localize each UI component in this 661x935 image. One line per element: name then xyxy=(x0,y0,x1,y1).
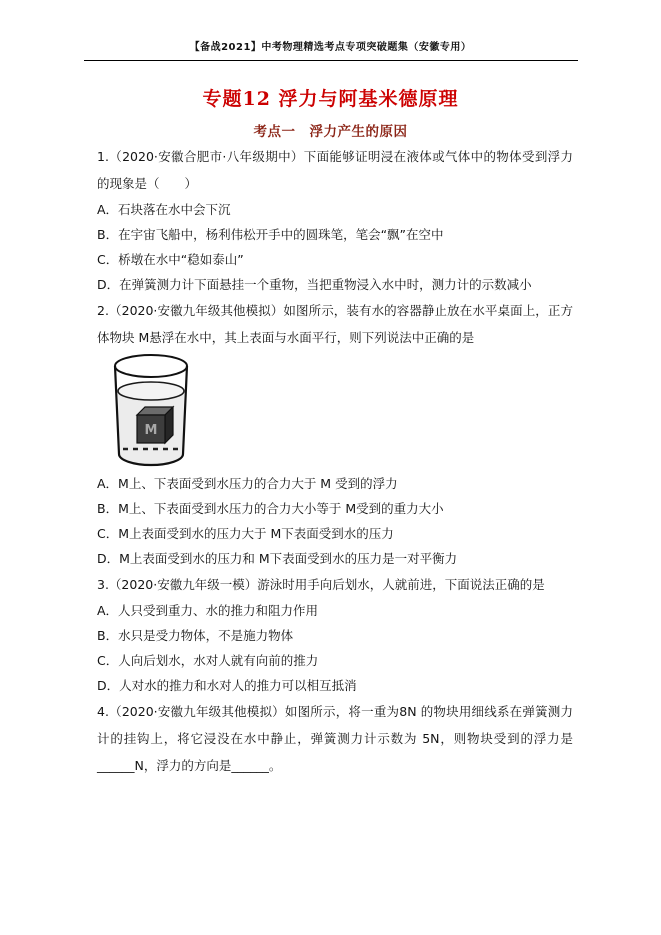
question-2-option-c: C．M上表面受到水的压力大于 M下表面受到水的压力 xyxy=(97,521,573,546)
beaker-figure: M xyxy=(99,353,573,471)
question-1-option-b: B．在宇宙飞船中，杨利伟松开手中的圆珠笔，笔会“飘”在空中 xyxy=(97,222,573,247)
cube-label: M xyxy=(145,423,158,438)
question-3-stem: 3.（2020·安徽九年级一模）游泳时用手向后划水，人就前进，下面说法正确的是 xyxy=(97,571,573,598)
question-1-option-d: D．在弹簧测力计下面悬挂一个重物，当把重物浸入水中时，测力计的示数减小 xyxy=(97,272,573,297)
document-body: 1.（2020·安徽合肥市·八年级期中）下面能够证明浸在液体或气体中的物体受到浮… xyxy=(97,143,573,779)
question-1-option-c: C．桥墩在水中“稳如泰山” xyxy=(97,247,573,272)
question-3-option-d: D．人对水的推力和水对人的推力可以相互抵消 xyxy=(97,673,573,698)
question-4-stem: 4.（2020·安徽九年级其他模拟）如图所示，将一重为8N 的物块用细线系在弹簧… xyxy=(97,698,573,779)
question-3-option-a: A．人只受到重力、水的推力和阻力作用 xyxy=(97,598,573,623)
doc-title: 专题12 浮力与阿基米德原理 xyxy=(0,84,661,111)
header-divider xyxy=(84,60,578,61)
question-2-option-b: B．M上、下表面受到水压力的合力大小等于 M受到的重力大小 xyxy=(97,496,573,521)
water-surface xyxy=(118,382,184,400)
cube-m: M xyxy=(137,407,173,443)
question-3-option-b: B．水只是受力物体，不是施力物体 xyxy=(97,623,573,648)
question-3-option-c: C．人向后划水，水对人就有向前的推力 xyxy=(97,648,573,673)
exam-document-page: 【备战2021】中考物理精选考点专项突破题集（安徽专用） 专题12 浮力与阿基米… xyxy=(0,0,661,935)
beaker-illustration: M xyxy=(99,353,204,471)
question-1-stem: 1.（2020·安徽合肥市·八年级期中）下面能够证明浸在液体或气体中的物体受到浮… xyxy=(97,143,573,197)
question-1-option-a: A．石块落在水中会下沉 xyxy=(97,197,573,222)
page-header-title: 【备战2021】中考物理精选考点专项突破题集（安徽专用） xyxy=(0,38,661,53)
question-2-option-d: D．M上表面受到水的压力和 M下表面受到水的压力是一对平衡力 xyxy=(97,546,573,571)
beaker-rim xyxy=(115,355,187,377)
question-2-stem: 2.（2020·安徽九年级其他模拟）如图所示，装有水的容器静止放在水平桌面上，正… xyxy=(97,297,573,351)
question-2-option-a: A．M上、下表面受到水压力的合力大于 M 受到的浮力 xyxy=(97,471,573,496)
section-heading: 考点一 浮力产生的原因 xyxy=(0,120,661,140)
